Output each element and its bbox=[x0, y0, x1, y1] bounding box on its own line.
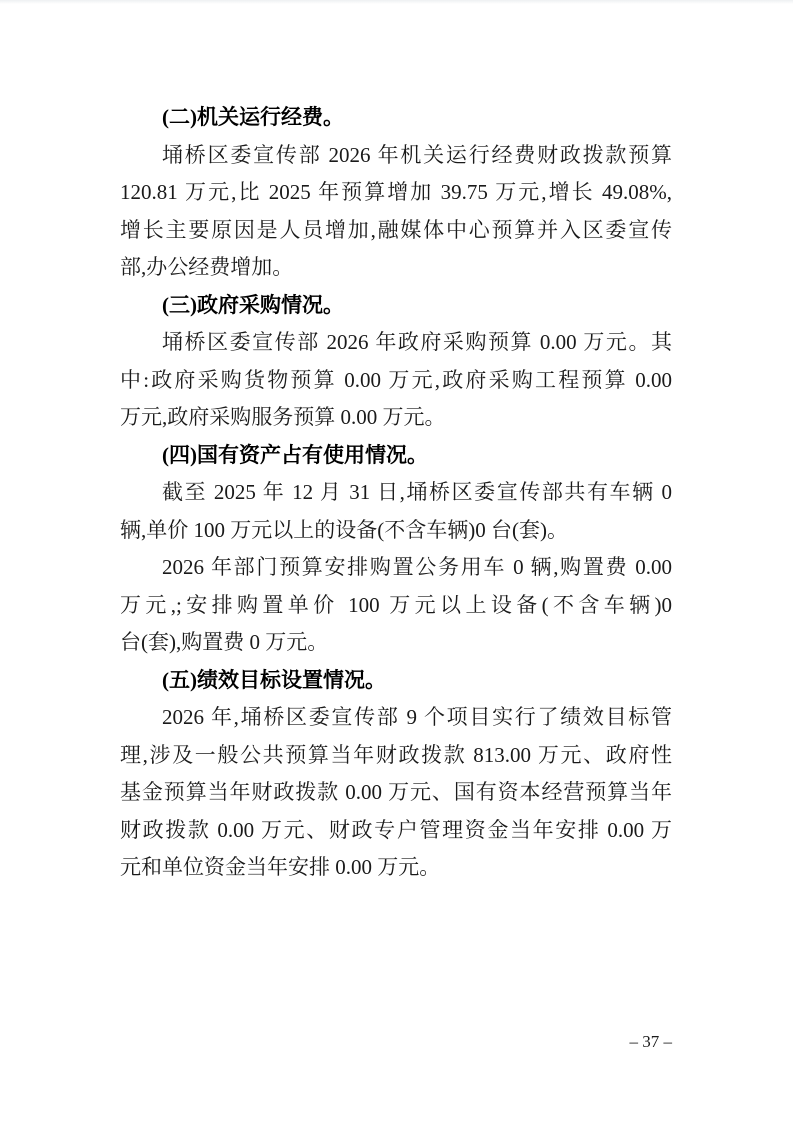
section-heading: (四)国有资产占有使用情况。 bbox=[120, 437, 672, 475]
text-line: 埇桥区委宣传部 2026 年机关运行经费财政拨款预算 bbox=[120, 137, 672, 175]
document-content: (二)机关运行经费。埇桥区委宣传部 2026 年机关运行经费财政拨款预算120.… bbox=[120, 99, 672, 887]
document-page: (二)机关运行经费。埇桥区委宣传部 2026 年机关运行经费财政拨款预算120.… bbox=[0, 0, 793, 1122]
text-line: 2026 年部门预算安排购置公务用车 0 辆,购置费 0.00 bbox=[120, 549, 672, 587]
text-line: 财政拨款 0.00 万元、财政专户管理资金当年安排 0.00 万 bbox=[120, 812, 672, 850]
text-line: 120.81 万元,比 2025 年预算增加 39.75 万元,增长 49.08… bbox=[120, 174, 672, 212]
text-line: 台(套),购置费 0 万元。 bbox=[120, 624, 672, 662]
text-line: 中:政府采购货物预算 0.00 万元,政府采购工程预算 0.00 bbox=[120, 362, 672, 400]
text-line: 2026 年,埇桥区委宣传部 9 个项目实行了绩效目标管 bbox=[120, 699, 672, 737]
text-line: 增长主要原因是人员增加,融媒体中心预算并入区委宣传 bbox=[120, 212, 672, 250]
page-number: – 37 – bbox=[630, 1032, 673, 1051]
section-heading: (五)绩效目标设置情况。 bbox=[120, 662, 672, 700]
section-heading: (二)机关运行经费。 bbox=[120, 99, 672, 137]
section-heading: (三)政府采购情况。 bbox=[120, 287, 672, 325]
text-line: 辆,单价 100 万元以上的设备(不含车辆)0 台(套)。 bbox=[120, 512, 672, 550]
text-line: 万元,政府采购服务预算 0.00 万元。 bbox=[120, 399, 672, 437]
text-line: 万元,;安排购置单价 100 万元以上设备(不含车辆)0 bbox=[120, 587, 672, 625]
page-footer: – 37 – bbox=[120, 1031, 672, 1053]
text-line: 埇桥区委宣传部 2026 年政府采购预算 0.00 万元。其 bbox=[120, 324, 672, 362]
text-line: 基金预算当年财政拨款 0.00 万元、国有资本经营预算当年 bbox=[120, 774, 672, 812]
text-line: 截至 2025 年 12 月 31 日,埇桥区委宣传部共有车辆 0 bbox=[120, 474, 672, 512]
text-line: 部,办公经费增加。 bbox=[120, 249, 672, 287]
text-line: 理,涉及一般公共预算当年财政拨款 813.00 万元、政府性 bbox=[120, 737, 672, 775]
text-line: 元和单位资金当年安排 0.00 万元。 bbox=[120, 849, 672, 887]
